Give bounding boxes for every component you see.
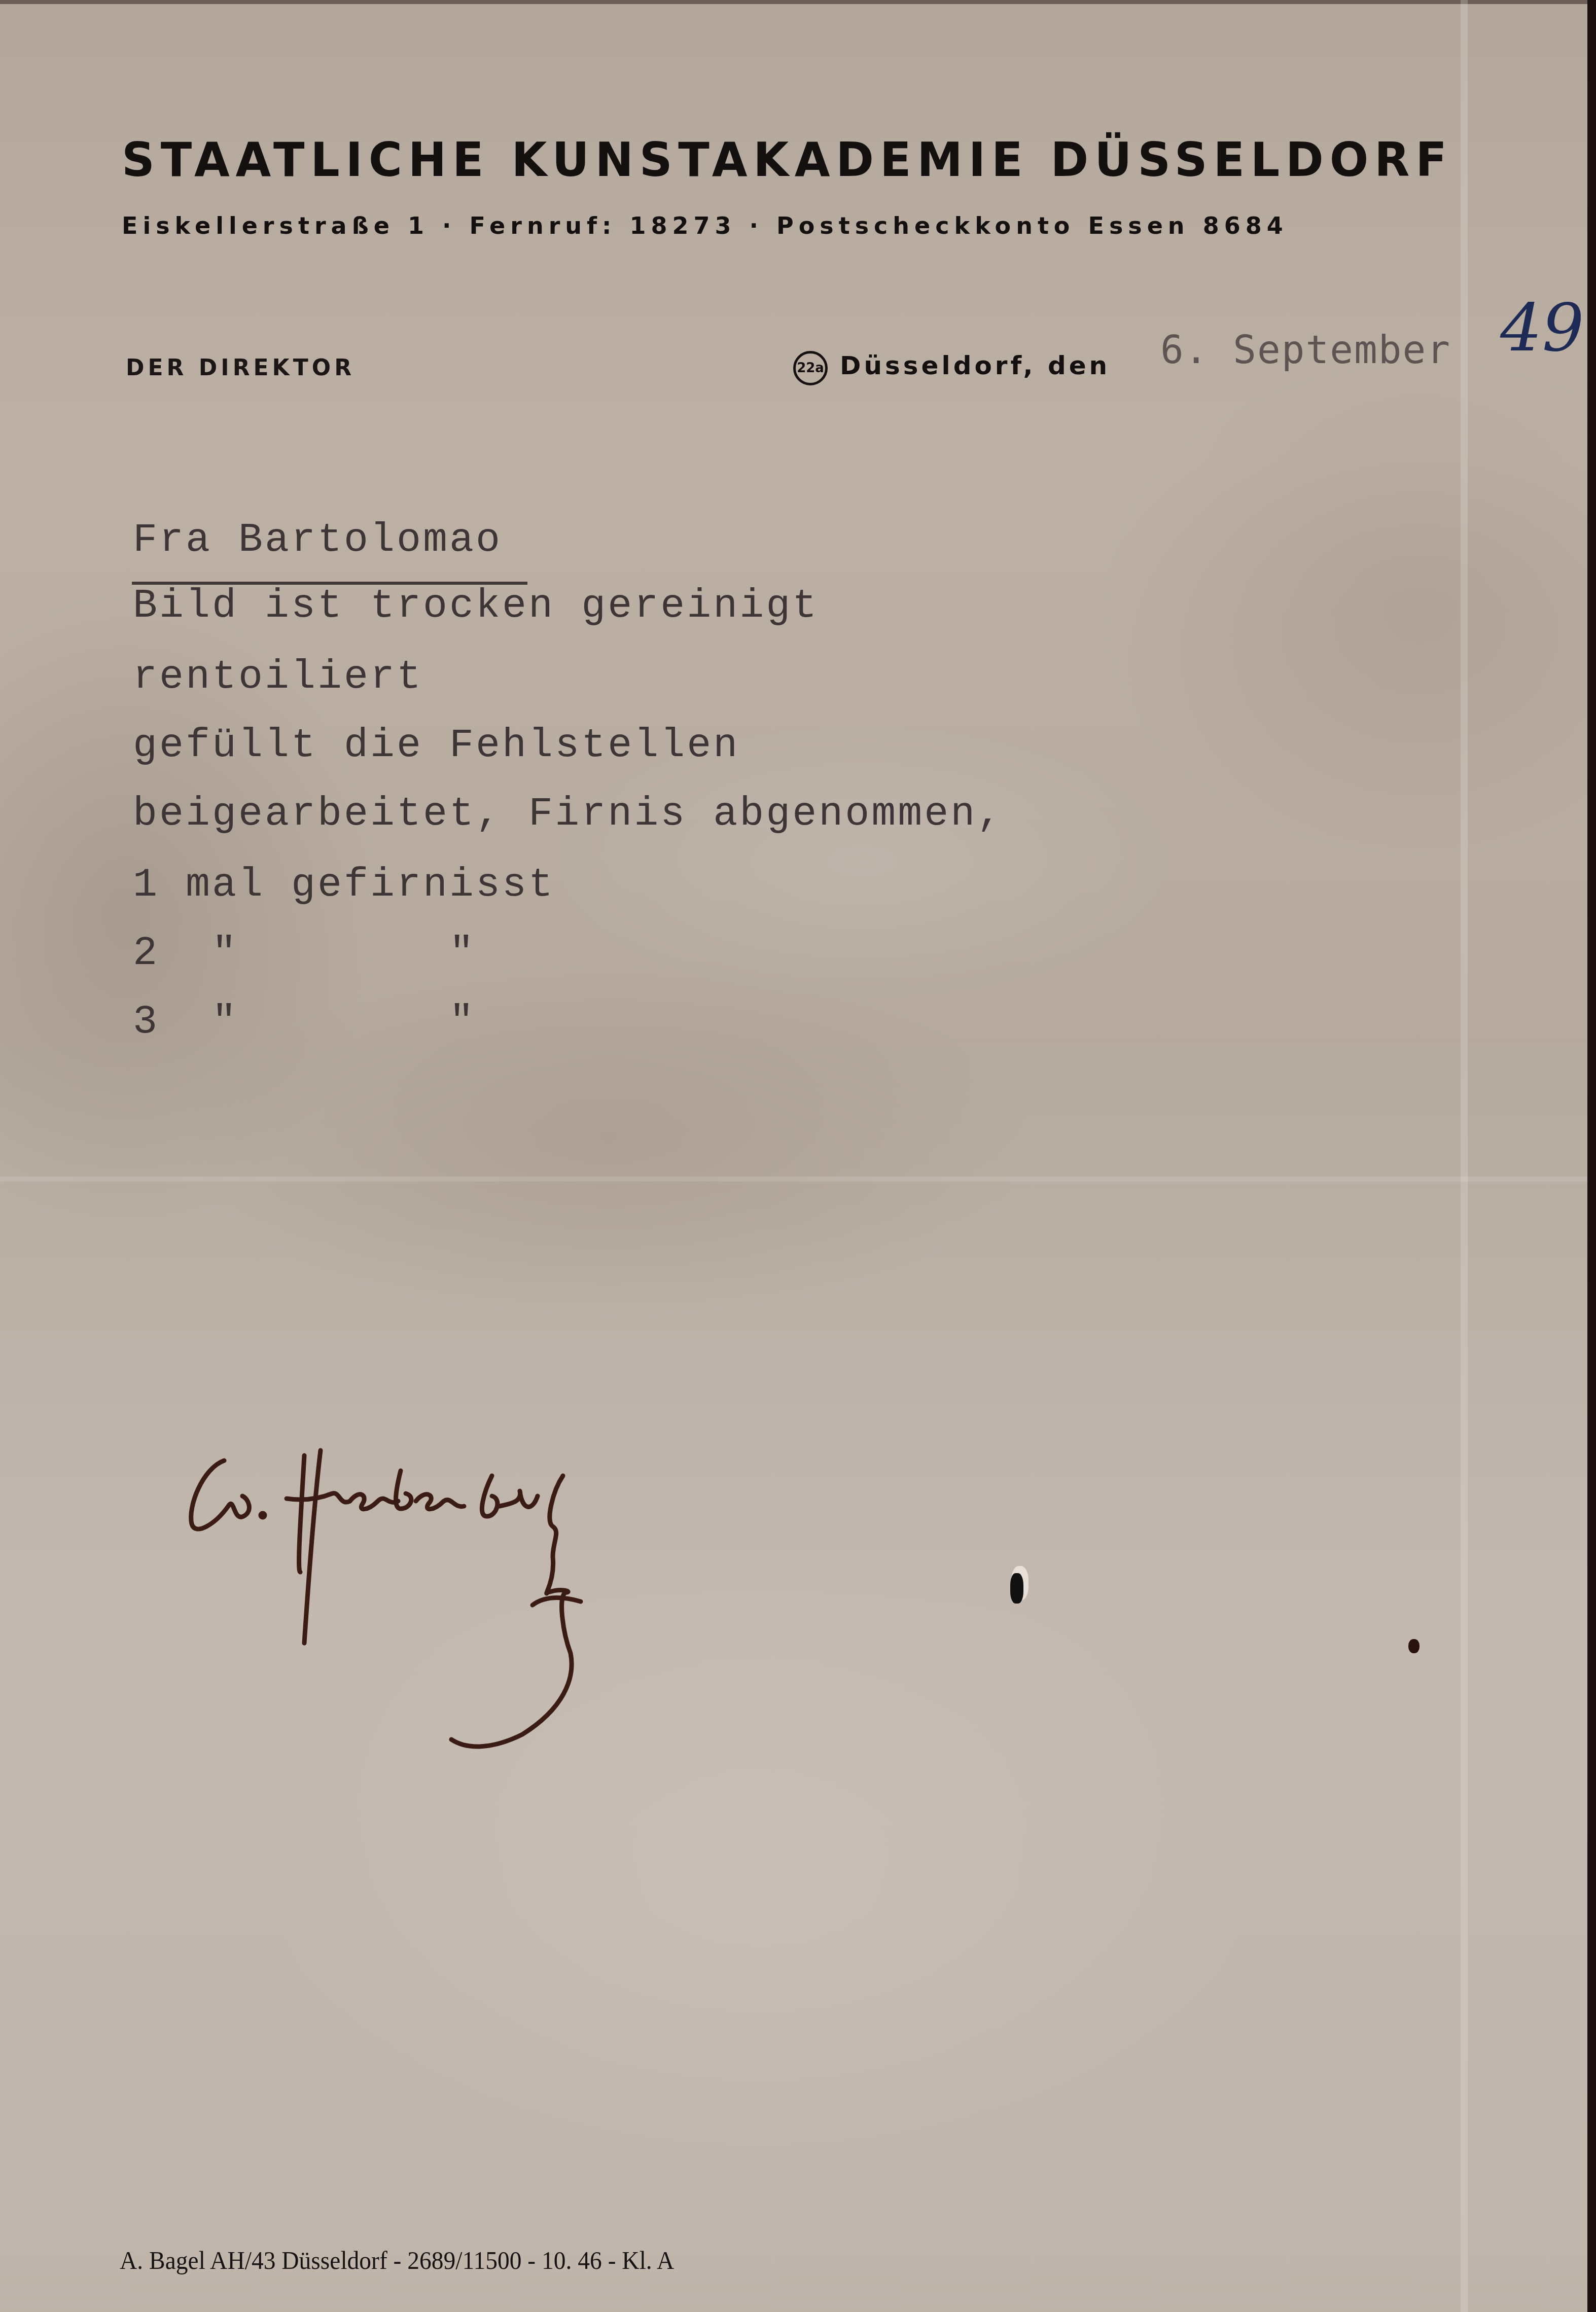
letterhead-institution: STAATLICHE KUNSTAKADEMIE DÜSSELDORF [122,133,1453,187]
place-date-label: Düsseldorf, den [840,351,1110,380]
postal-code-circle-icon: 22a [793,351,828,385]
body-line: gefüllt die Fehlstellen [133,723,739,769]
body-line: beigearbeitet, Firnis abgenommen, [133,791,1003,837]
subject-line: Fra Bartolomao [133,517,502,563]
body-line: 3 " " [133,999,476,1045]
body-line: 1 mal gefirnisst [133,862,555,908]
ink-spot [1408,1639,1420,1653]
handwritten-year: 49 [1500,289,1584,366]
typed-date: 6. September [1160,327,1451,372]
letterhead-address: Eiskellerstraße 1 · Fernruf: 18273 · Pos… [122,212,1288,239]
letter-page: STAATLICHE KUNSTAKADEMIE DÜSSELDORF Eisk… [0,0,1587,2312]
body-line: Bild ist trocken gereinigt [133,583,819,629]
paper-top-edge [0,0,1596,4]
printer-imprint: A. Bagel AH/43 Düsseldorf - 2689/11500 -… [120,2246,674,2275]
fold-crease-vertical [1461,0,1468,2312]
body-line: rentoiliert [133,654,423,700]
frame-edge [1587,0,1596,2312]
handwritten-signature [188,1440,1202,1795]
body-line: 2 " " [133,931,476,977]
paper-hole [1010,1573,1023,1604]
letterhead-department: DER DIREKTOR [126,355,355,381]
fold-crease-horizontal [0,1177,1587,1182]
